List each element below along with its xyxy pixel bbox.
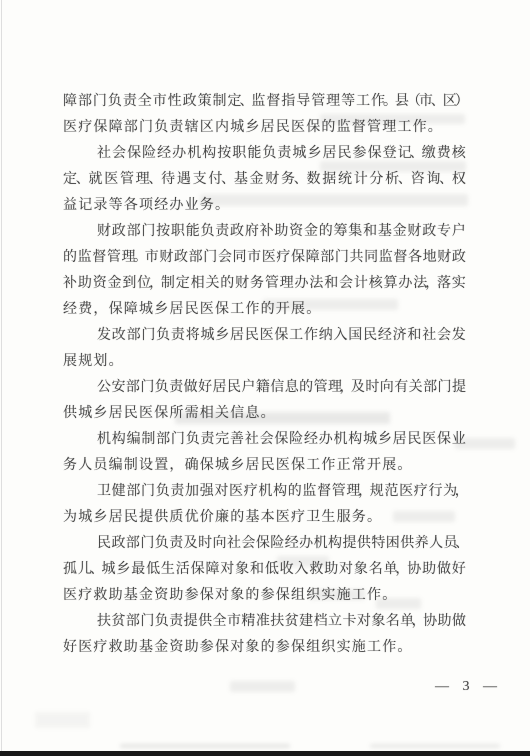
text-line: 经费，保障城乡居民医保工作的开展。	[63, 295, 466, 321]
text-line: 好医疗救助基金资助参保对象的参保组织实施工作。	[63, 633, 466, 659]
text-line: 机构编制部门负责完善社会保险经办机构城乡居民医保业	[63, 425, 466, 451]
document-text: 障部门负责全市性政策制定、监督指导管理等工作。县（市、区）医疗保障部门负责辖区内…	[63, 87, 466, 659]
document-page: 障部门负责全市性政策制定、监督指导管理等工作。县（市、区）医疗保障部门负责辖区内…	[0, 0, 530, 756]
text-line: 民政部门负责及时向社会保险经办机构提供特困供养人员、	[63, 529, 466, 555]
page-number: — 3 —	[435, 679, 502, 695]
text-line: 务人员编制设置，确保城乡居民医保工作正常开展。	[63, 451, 466, 477]
scan-left-edge	[1, 0, 2, 756]
text-line: 卫健部门负责加强对医疗机构的监督管理，规范医疗行为，	[63, 477, 466, 503]
text-line: 发改部门负责将城乡居民医保工作纳入国民经济和社会发	[63, 321, 466, 347]
text-line: 财政部门按职能负责政府补助资金的筹集和基金财政专户	[63, 217, 466, 243]
text-line: 社会保险经办机构按职能负责城乡居民参保登记、缴费核	[63, 139, 466, 165]
text-line: 扶贫部门负责提供全市精准扶贫建档立卡对象名单，协助做	[63, 607, 466, 633]
text-line: 公安部门负责做好居民户籍信息的管理，及时向有关部门提	[63, 373, 466, 399]
text-line: 益记录等各项经办业务。	[63, 191, 466, 217]
text-line: 孤儿、城乡最低生活保障对象和低收入救助对象名单，协助做好	[63, 555, 466, 581]
text-line: 展规划。	[63, 347, 466, 373]
bleedthrough-smudge	[230, 681, 295, 692]
scan-bottom-edge	[0, 751, 530, 756]
text-line: 补助资金到位，制定相关的财务管理办法和会计核算办法，落实	[63, 269, 466, 295]
scan-bottom-smudge	[370, 744, 500, 748]
text-line: 定、就医管理、待遇支付、基金财务、数据统计分析、咨询、权	[63, 165, 466, 191]
text-line: 医疗保障部门负责辖区内城乡居民医保的监督管理工作。	[63, 113, 466, 139]
text-line: 的监督管理。市财政部门会同市医疗保障部门共同监督各地财政	[63, 243, 466, 269]
text-line: 供城乡居民医保所需相关信息。	[63, 399, 466, 425]
bleedthrough-smudge	[35, 712, 90, 728]
scan-bottom-smudge	[120, 744, 290, 748]
text-line: 为城乡居民提供质优价廉的基本医疗卫生服务。	[63, 503, 466, 529]
text-line: 障部门负责全市性政策制定、监督指导管理等工作。县（市、区）	[63, 87, 466, 113]
text-line: 医疗救助基金资助参保对象的参保组织实施工作。	[63, 581, 466, 607]
